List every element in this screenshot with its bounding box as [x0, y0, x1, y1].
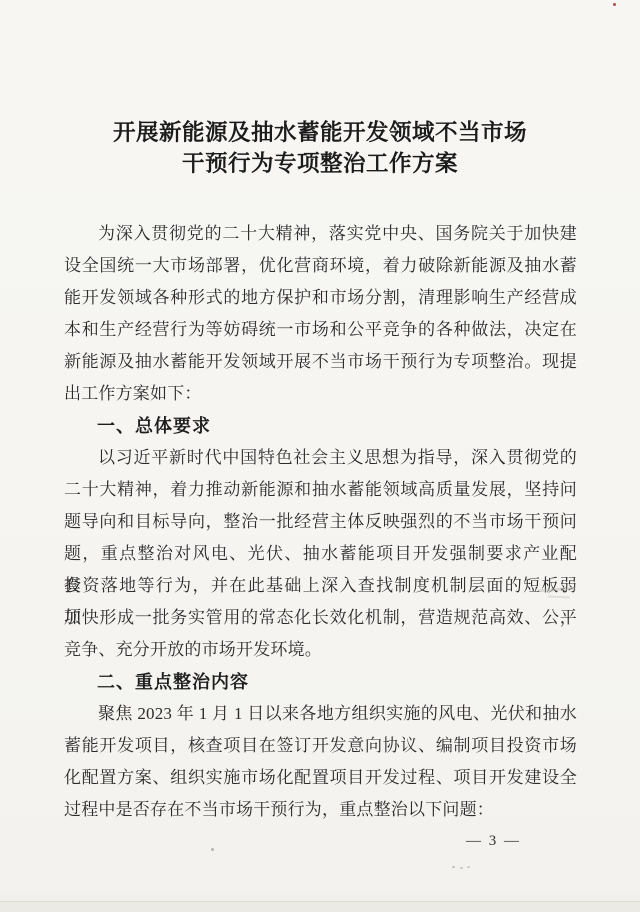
- body-text-line: 过程中是否存在不当市场干预行为，重点整治以下问题：: [64, 794, 577, 826]
- paper-bottom-edge: [0, 901, 640, 912]
- body-text-line: 蓄能开发项目，核查项目在签订开发意向协议、编制项目投资市场: [64, 730, 577, 762]
- document-title: 开展新能源及抽水蓄能开发领域不当市场 干预行为专项整治工作方案: [0, 117, 640, 179]
- body-text-line: 化配置方案、组织实施市场化配置项目开发过程、项目开发建设全: [64, 762, 577, 794]
- body-text-line: 以习近平新时代中国特色社会主义思想为指导，深入贯彻党的: [64, 442, 577, 474]
- page-number: — 3 —: [466, 831, 521, 851]
- body-text-line: 出工作方案如下：: [64, 378, 577, 410]
- section-heading: 二、重点整治内容: [64, 666, 577, 698]
- body-text-line: 题导向和目标导向，整治一批经营主体反映强烈的不当市场干预问: [64, 506, 577, 538]
- body-text-line: 设全国统一大市场部署，优化营商环境，着力破除新能源及抽水蓄: [64, 250, 577, 282]
- body-text-line: 题，重点整治对风电、光伏、抽水蓄能项目开发强制要求产业配套、: [64, 538, 577, 570]
- body-text-line: 二十大精神，着力推动新能源和抽水蓄能领域高质量发展，坚持问: [64, 474, 577, 506]
- scanned-document-page: 开展新能源及抽水蓄能开发领域不当市场 干预行为专项整治工作方案 为深入贯彻党的二…: [0, 0, 640, 912]
- body-text-line: 加快形成一批务实管用的常态化长效化机制，营造规范高效、公平: [64, 602, 577, 634]
- document-body: 为深入贯彻党的二十大精神，落实党中央、国务院关于加快建设全国统一大市场部署，优化…: [64, 218, 577, 826]
- document-title-line-1: 开展新能源及抽水蓄能开发领域不当市场: [0, 117, 640, 148]
- scan-speck-artifact: [211, 848, 214, 851]
- scan-speck-artifact: [452, 866, 455, 868]
- document-title-line-2: 干预行为专项整治工作方案: [0, 148, 640, 179]
- red-ink-speck-artifact: [613, 3, 616, 6]
- body-text-line: 聚焦 2023 年 1 月 1 日以来各地方组织实施的风电、光伏和抽水: [64, 698, 577, 730]
- body-text-line: 为深入贯彻党的二十大精神，落实党中央、国务院关于加快建: [64, 218, 577, 250]
- body-text-line: 能开发领域各种形式的地方保护和市场分割，清理影响生产经营成: [64, 282, 577, 314]
- body-text-line: 竞争、充分开放的市场开发环境。: [64, 634, 577, 666]
- body-text-line: 投资落地等行为，并在此基础上深入查找制度机制层面的短板弱项，: [64, 570, 577, 602]
- body-text-line: 新能源及抽水蓄能开发领域开展不当市场干预行为专项整治。现提: [64, 346, 577, 378]
- section-heading: 一、总体要求: [64, 410, 577, 442]
- body-text-line: 本和生产经营行为等妨碍统一市场和公平竞争的各种做法，决定在: [64, 314, 577, 346]
